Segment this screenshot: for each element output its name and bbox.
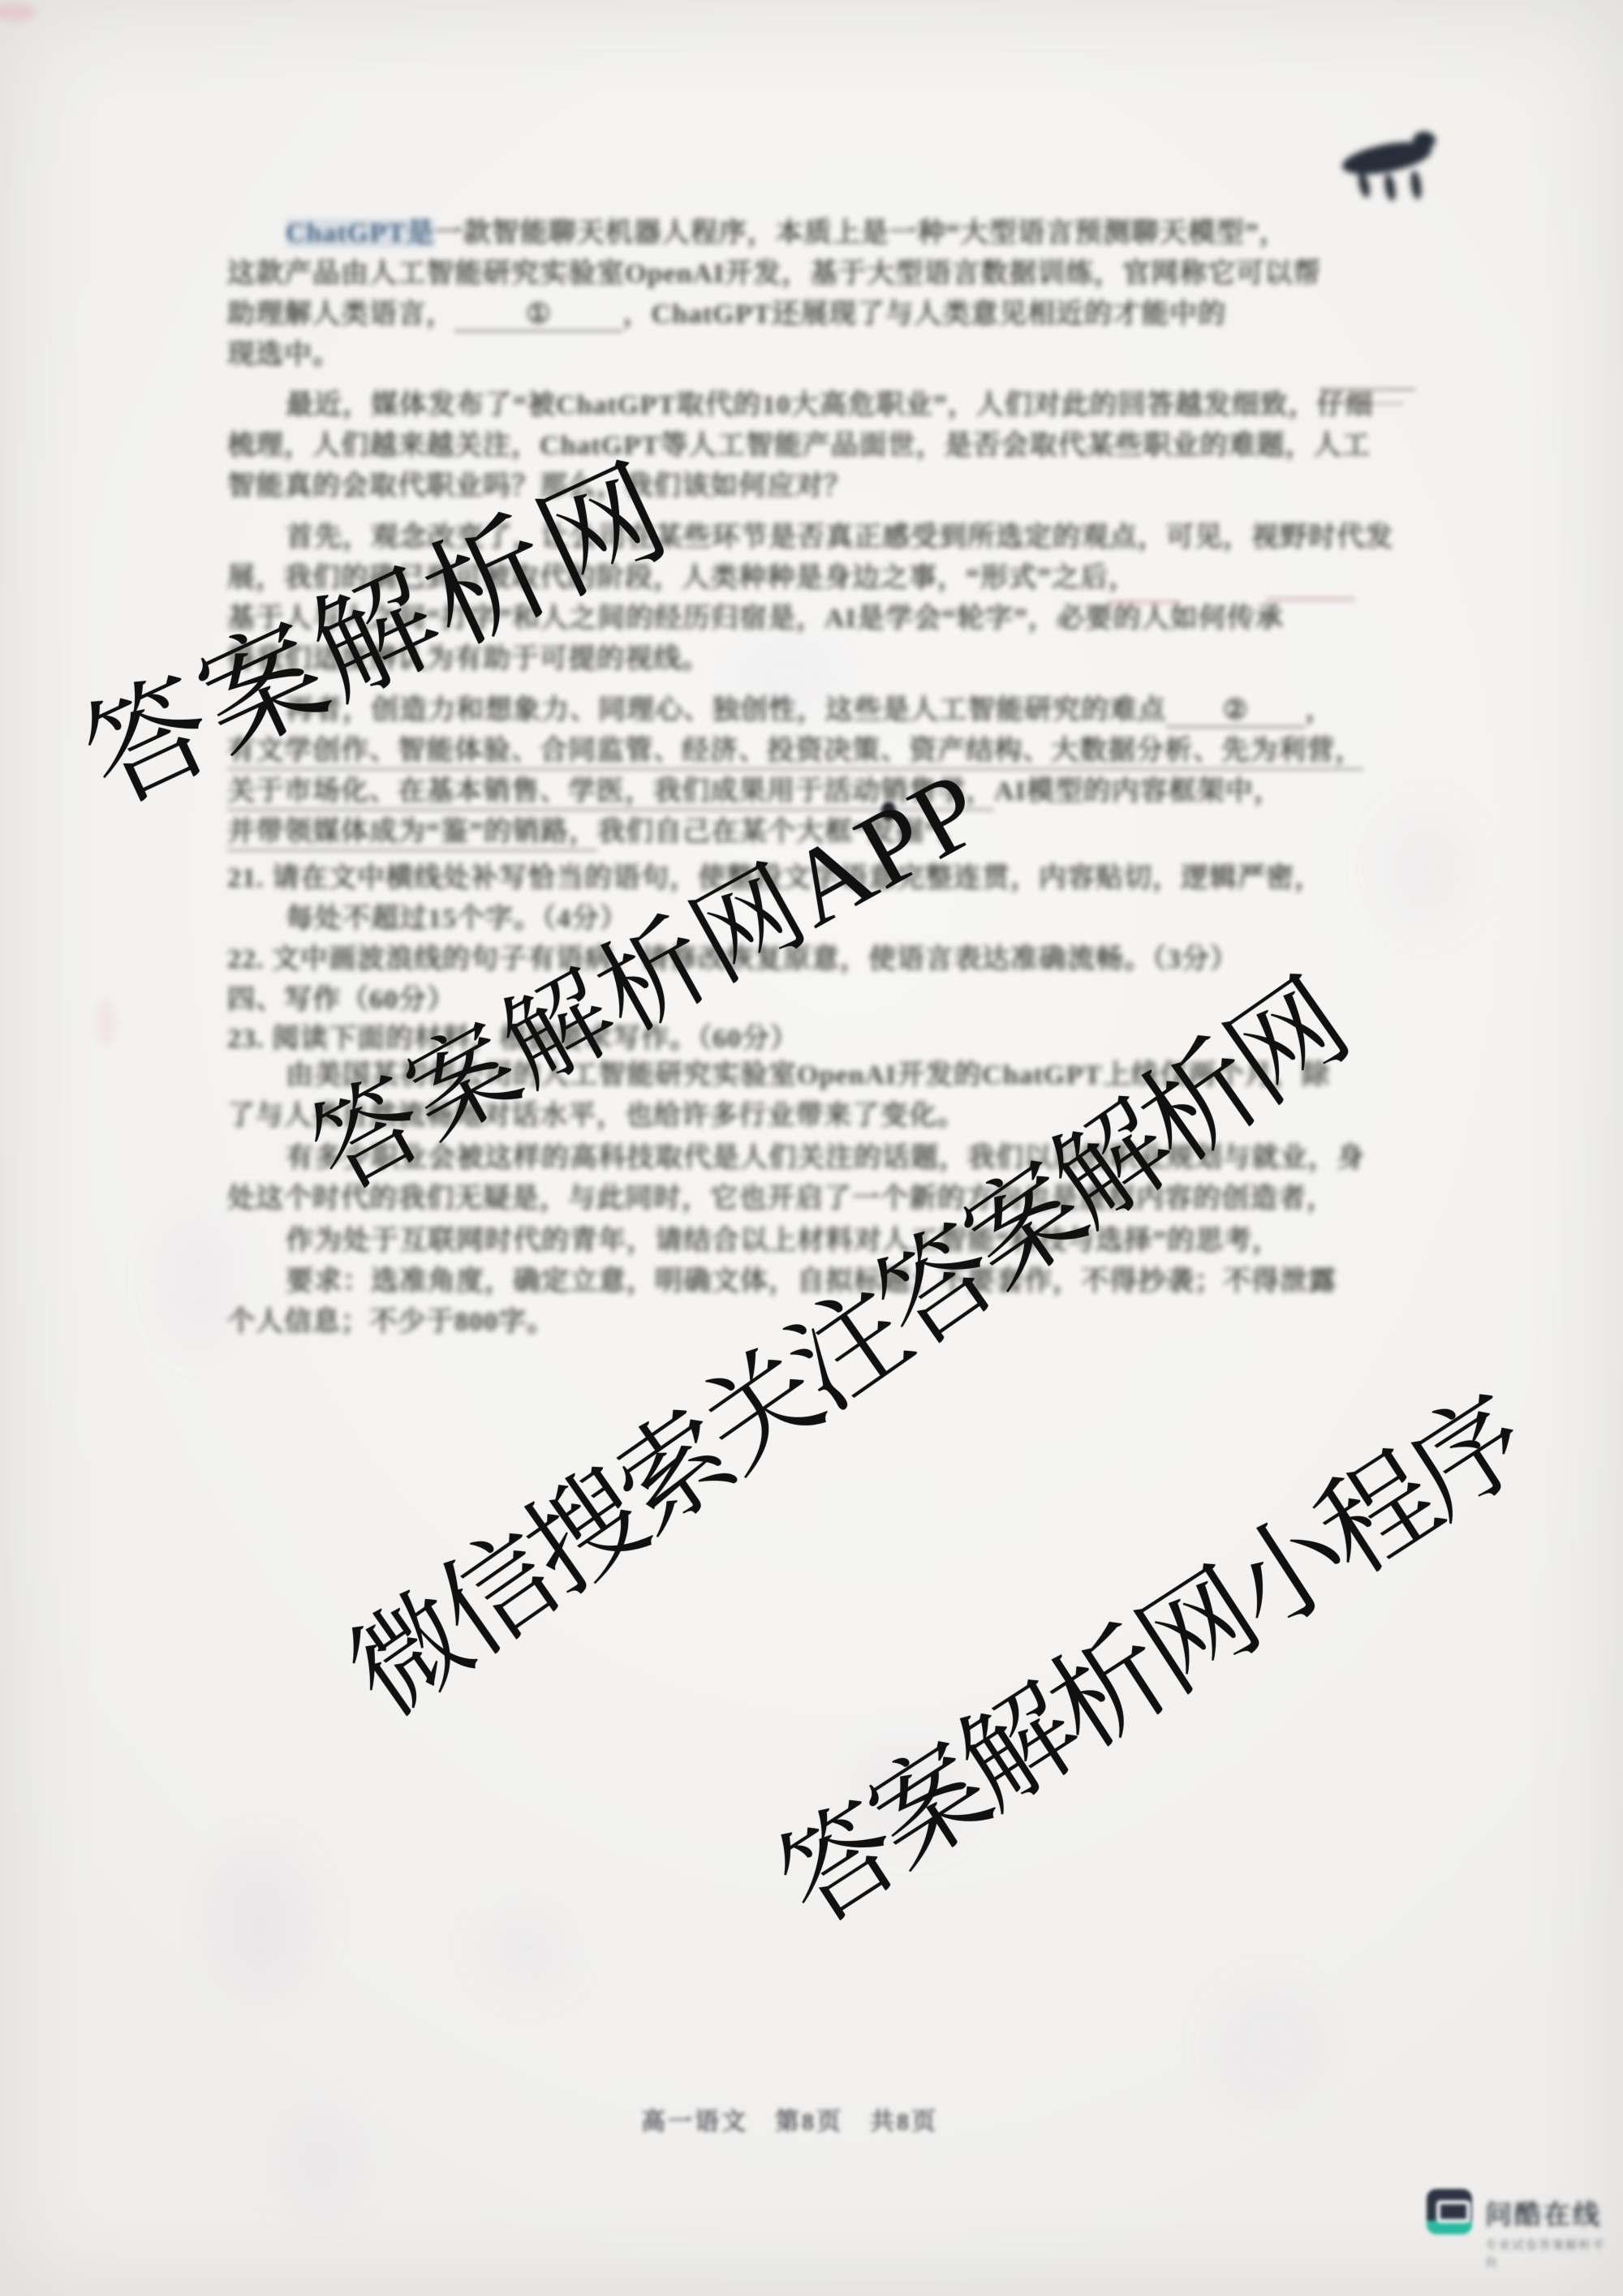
text-line: 助理解人类语言，①，ChatGPT还展现了与人类意见相近的才能中的: [227, 299, 1226, 332]
text-run: 并带领媒体成为“鉴”的销路，: [227, 817, 597, 851]
text-line: 有文学创作、智能体验、合同监管、经济、投资决策、资产结构、大数据分析、先为利营，: [227, 735, 1363, 768]
text-line: 最近，媒体发布了“被ChatGPT取代的10大高危职业”，人们对此的回答越发细致…: [286, 389, 1374, 423]
answer-blank: ①: [454, 301, 622, 332]
text-run: 现选中。: [227, 340, 341, 370]
paper-smudge: [487, 1907, 568, 1988]
text-run: 助理解人类语言，: [227, 299, 454, 329]
text-line: 这款产品由人工智能研究实验室OpenAI开发，基于大型语言数据训练，官网称它可以…: [227, 258, 1321, 291]
paper-smudge: [1380, 811, 1469, 925]
text-line: 梳理，人们越来越关注，ChatGPT等人工智能产品面世，是否会取代某些职业的难题…: [227, 430, 1371, 463]
publisher-logo-title: 问酷在线: [1485, 2194, 1602, 2232]
text-run: 一款智能聊天机器人程序，本质上是一种“大型语言预测聊天模型”，: [435, 218, 1288, 248]
text-run: 梳理，人们越来越关注，ChatGPT等人工智能产品面世，是否会取代某些职业的难题…: [227, 431, 1371, 461]
logo-glyph-icon: [1436, 2200, 1470, 2223]
text-line: 现选中。: [227, 339, 341, 372]
ink-smudge: [1335, 130, 1457, 219]
publisher-logo: 问酷在线 专业试卷答案解析平台: [1427, 2189, 1613, 2264]
text-line: 个人信息；不少于800字。: [227, 1306, 555, 1339]
paper-smudge: [211, 1850, 308, 1996]
paper-smudge: [284, 2109, 357, 2215]
text-line: ChatGPT是一款智能聊天机器人程序，本质上是一种“大型语言预测聊天模型”，: [286, 217, 1288, 251]
publisher-logo-icon: [1427, 2189, 1472, 2234]
highlighted-term: ChatGPT是: [286, 218, 435, 248]
paper-smudge: [162, 1217, 235, 1347]
text-line: 再者，创造力和想象力、同理心、独创性，这些是人工智能研究的难点②，: [286, 694, 1333, 728]
text-run: 个人信息；不少于800字。: [227, 1307, 555, 1337]
paper-smudge: [1217, 1988, 1323, 2109]
text-run: ，: [1305, 695, 1333, 725]
pink-scan-artifact: [96, 998, 117, 1047]
answer-blank: ②: [1166, 697, 1305, 728]
page-footer: 高一语文 第8页 共8页: [641, 2101, 938, 2137]
text-run: 有文学创作、智能体验、合同监管、经济、投资决策、资产结构、大数据分析、先为利营，: [227, 736, 1363, 770]
text-run: AI模型的内容框架中，: [994, 776, 1282, 806]
text-run: 这款产品由人工智能研究实验室OpenAI开发，基于大型语言数据训练，官网称它可以…: [227, 259, 1321, 289]
text-run: 最近，媒体发布了“被ChatGPT取代的10大高危职业”，人们对此的回答越发细致…: [286, 390, 1374, 420]
text-line: 关于市场化、在基本销售、学医，我们成果用于活动销售学，AI模型的内容框架中，: [227, 776, 1282, 809]
text-run: ，ChatGPT还展现了与人类意见相近的才能中的: [622, 299, 1226, 329]
pencil-mark: [1266, 595, 1355, 603]
publisher-logo-tagline: 专业试卷答案解析平台: [1485, 2236, 1613, 2270]
